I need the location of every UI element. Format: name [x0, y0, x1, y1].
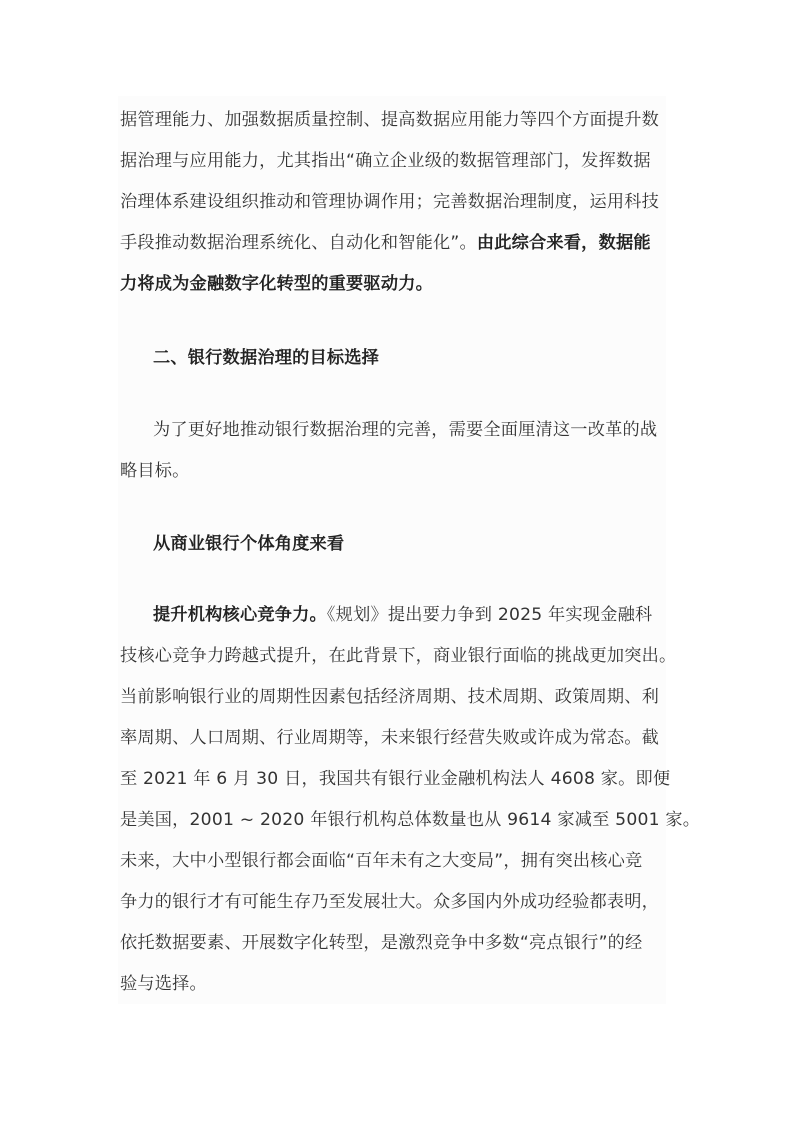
paragraph-line: 验与选择。 [120, 973, 680, 995]
paragraph-line: 至 2021 年 6 月 30 日，我国共有银行业金融机构法人 4608 家。即… [120, 768, 680, 790]
paragraph-line: 治理体系建设组织推动和管理协调作用；完善数据治理制度，运用科技 [120, 191, 680, 213]
paragraph-line: 未来，大中小型银行都会面临“百年未有之大变局”，拥有突出核心竞 [120, 850, 680, 872]
paragraph-line: 据管理能力、加强数据质量控制、提高数据应用能力等四个方面提升数 [120, 109, 680, 131]
emphasis-line: 力将成为金融数字化转型的重要驱动力。 [120, 273, 680, 295]
emphasis-text: 由此综合来看，数据能 [477, 233, 651, 253]
paragraph-line: 依托数据要素、开展数字化转型，是激烈竞争中多数“亮点银行”的经 [120, 932, 680, 954]
paragraph-line: 争力的银行才有可能生存乃至发展壮大。众多国内外成功经验都表明， [120, 891, 680, 913]
lead-emphasis: 提升机构核心竞争力。 [153, 605, 327, 625]
paragraph-line: 是美国，2001 ~ 2020 年银行机构总体数量也从 9614 家减至 500… [120, 809, 680, 831]
paragraph-line: 据治理与应用能力，尤其指出“确立企业级的数据管理部门，发挥数据 [120, 150, 680, 172]
paragraph-line: 当前影响银行业的周期性因素包括经济周期、技术周期、政策周期、利 [120, 686, 680, 708]
paragraph-line: 率周期、人口周期、行业周期等，未来银行经营失败或许成为常态。截 [120, 727, 680, 749]
paragraph-text: 手段推动数据治理系统化、自动化和智能化”。 [120, 233, 477, 253]
paragraph-line: 技核心竞争力跨越式提升，在此背景下，商业银行面临的挑战更加突出。 [120, 645, 680, 667]
paragraph-text: 《规划》提出要力争到 2025 年实现金融科 [327, 605, 652, 625]
sub-heading: 从商业银行个体角度来看 [153, 533, 713, 555]
paragraph-line-mixed: 手段推动数据治理系统化、自动化和智能化”。由此综合来看，数据能 [120, 232, 680, 254]
paragraph-line-mixed: 提升机构核心竞争力。《规划》提出要力争到 2025 年实现金融科 [153, 604, 713, 626]
section-heading: 二、银行数据治理的目标选择 [153, 347, 713, 369]
paragraph-line: 为了更好地推动银行数据治理的完善，需要全面厘清这一改革的战 [153, 419, 713, 441]
paragraph-line: 略目标。 [120, 460, 680, 482]
